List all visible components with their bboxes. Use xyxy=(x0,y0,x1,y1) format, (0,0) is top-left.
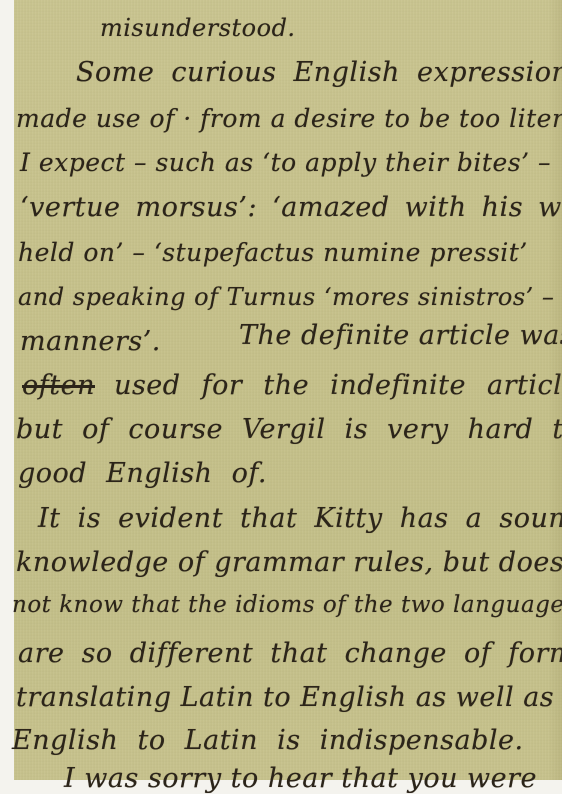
handwritten-line: ‘vertue morsus’: ‘amazed with his wits xyxy=(20,192,562,223)
handwritten-line: are so different that change of form in xyxy=(18,638,562,669)
handwritten-line: I expect – such as ‘to apply their bites… xyxy=(20,148,551,177)
handwritten-line: not know that the idioms of the two lang… xyxy=(12,592,562,618)
handwritten-line: English to Latin is indispensable. xyxy=(12,725,524,756)
line-text: used for the indefinite article: xyxy=(114,370,562,401)
handwritten-line: but of course Vergil is very hard to mak… xyxy=(16,414,562,445)
handwritten-line: manners’. xyxy=(20,326,161,357)
handwritten-line: misunderstood. xyxy=(100,14,296,42)
handwritten-line: and speaking of Turnus ‘mores sinistros’… xyxy=(18,283,562,311)
handwritten-line: made use of · from a desire to be too li… xyxy=(16,104,562,133)
handwritten-line: I was sorry to hear that you were xyxy=(64,763,537,780)
letter-page: misunderstood. Some curious English expr… xyxy=(14,0,562,780)
handwritten-line: Some curious English expressions were xyxy=(76,57,562,88)
handwritten-line: It is evident that Kitty has a sound xyxy=(38,503,562,534)
handwritten-line: translating Latin to English as well as xyxy=(16,682,554,713)
handwritten-line: often used for the indefinite article: xyxy=(22,370,562,401)
handwritten-line: held on’ – ‘stupefactus numine pressit’ xyxy=(18,238,528,267)
handwritten-line: The definite article was xyxy=(239,320,562,351)
handwritten-line: knowledge of grammar rules, but does xyxy=(16,547,562,578)
struck-word: often xyxy=(22,370,95,401)
handwritten-line: good English of. xyxy=(18,458,267,489)
